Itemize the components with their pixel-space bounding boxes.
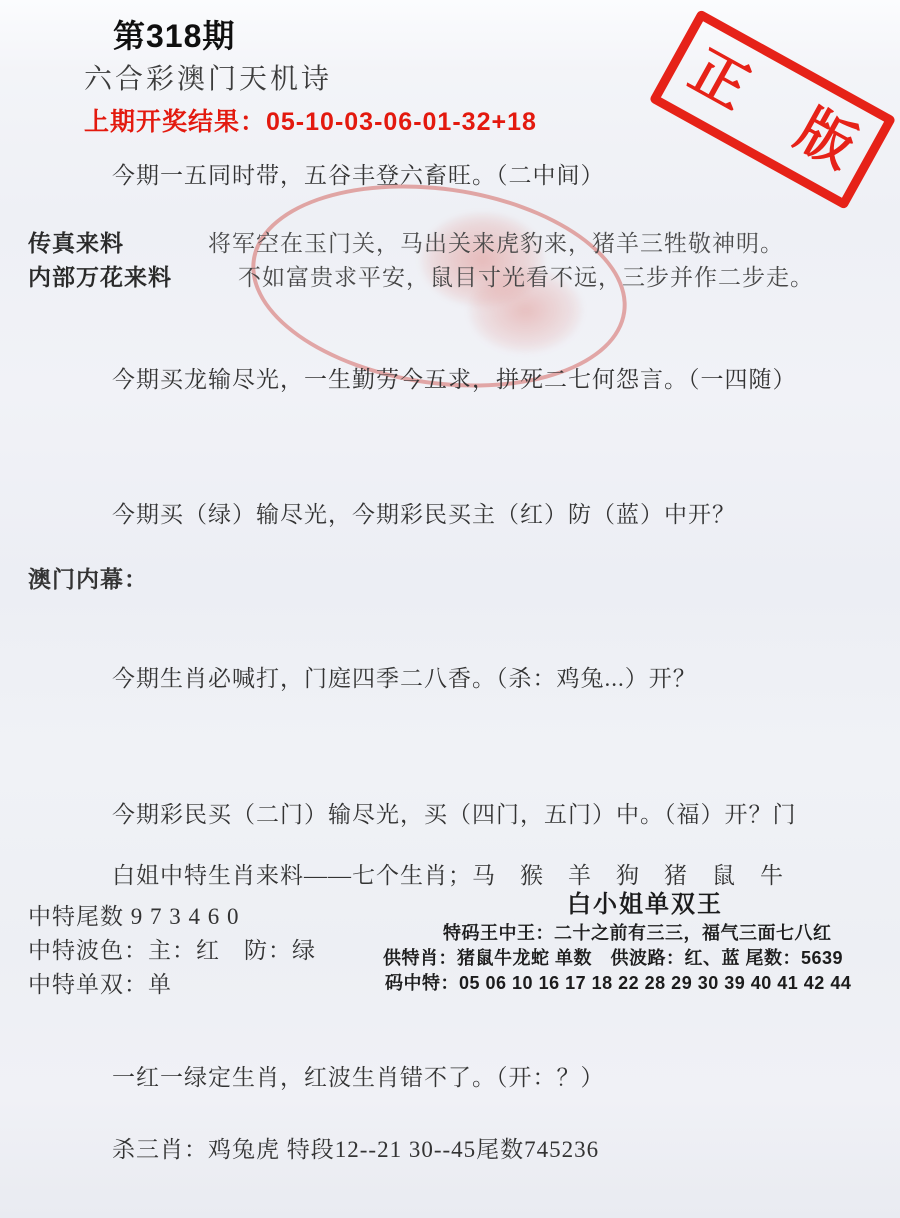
tip-line-1: 今期一五同时带，五谷丰登六畜旺。（二中间） xyxy=(112,162,605,191)
fax-poem-line-1: 将军空在玉门关，马出关来虎豹来，猪羊三牲敬神明。 xyxy=(208,230,784,259)
baixiaojie-title: 白小姐单双王 xyxy=(567,890,723,920)
fax-poem-line-2: 不如富贵求平安，鼠目寸光看不远，三步并作二步走。 xyxy=(238,264,814,293)
macau-insider-label: 澳门内幕： xyxy=(28,566,148,595)
baixiaojie-line-3: 码中特：05 06 10 16 17 18 22 28 29 30 39 40 … xyxy=(385,972,851,995)
tip-line-8: 杀三肖：鸡兔虎 特段12--21 30--45尾数745236 xyxy=(112,1136,599,1165)
issue-title: 第318期 xyxy=(113,16,235,56)
fax-source-label: 传真来料 xyxy=(28,230,124,259)
baixiaojie-line-2: 供特肖：猪鼠牛龙蛇 单数 供波路：红、蓝 尾数：5639 xyxy=(383,947,843,970)
tip-line-2: 今期买龙输尽光，一生勤劳今五求，拼死二七何怨言。（一四随） xyxy=(112,366,797,395)
baixiaojie-line-1: 特码王中王：二十之前有三三，福气三面七八红 xyxy=(443,922,832,945)
special-tail-numbers: 中特尾数 9 7 3 4 6 0 xyxy=(28,903,240,932)
special-wave-color: 中特波色：主：红 防：绿 xyxy=(28,937,316,966)
tip-line-4: 今期生肖必喊打，门庭四季二八香。（杀：鸡兔...）开？ xyxy=(112,665,697,694)
tip-line-5: 今期彩民买（二门）输尽光，买（四门，五门）中。（福）开？门 xyxy=(112,801,797,830)
tip-line-7: 一红一绿定生肖，红波生肖错不了。（开：？） xyxy=(112,1064,605,1093)
last-draw-result: 上期开奖结果：05-10-03-06-01-32+18 xyxy=(84,107,537,138)
authentic-stamp: 正 版 xyxy=(649,9,897,210)
page-subtitle: 六合彩澳门天机诗 xyxy=(84,62,332,97)
tip-line-3: 今期买（绿）输尽光，今期彩民买主（红）防（蓝）中开？ xyxy=(112,501,736,530)
tip-line-6-zodiac: 白姐中特生肖来料——七个生肖；马 猴 羊 狗 猪 鼠 牛 xyxy=(112,862,784,891)
internal-source-label: 内部万花来料 xyxy=(28,264,172,293)
document-page: 第318期 六合彩澳门天机诗 上期开奖结果：05-10-03-06-01-32+… xyxy=(0,0,900,1218)
special-odd-even: 中特单双：单 xyxy=(28,971,172,1000)
authentic-stamp-text: 正 版 xyxy=(658,29,886,189)
